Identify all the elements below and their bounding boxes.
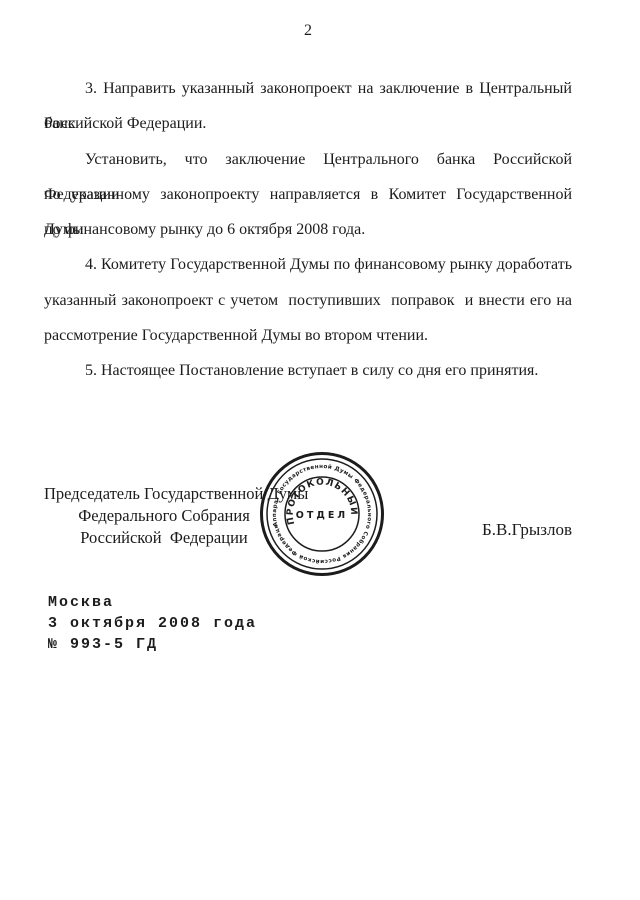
page-number: 2 [44, 22, 572, 40]
footer-date: 3 октября 2008 года [48, 613, 257, 634]
body-line: Российской Федерации. [44, 106, 572, 141]
body-line: по финансовому рынку до 6 октября 2008 г… [44, 212, 572, 247]
stamp-center-text: ОТДЕЛ [296, 510, 348, 521]
body-line: по указанному законопроекту направляется… [44, 177, 572, 212]
body-line: Установить, что заключение Центрального … [44, 142, 572, 177]
protocol-department-stamp-icon: Аппарат Государственной Думы Федеральног… [254, 446, 390, 582]
document-page: 2 3. Направить указанный законопроект на… [0, 0, 640, 900]
footer-block: Москва 3 октября 2008 года № 993-5 ГД [48, 592, 257, 655]
body-text: 3. Направить указанный законопроект на з… [44, 71, 572, 389]
signer-title-line: Председатель Государственной Думы [44, 483, 284, 505]
body-line: указанный законопроект с учетом поступив… [44, 283, 572, 318]
signature-block: Председатель Государственной Думы Федера… [44, 483, 284, 549]
signer-title-line: Российской Федерации [44, 527, 284, 549]
body-line: 4. Комитету Государственной Думы по фина… [44, 247, 572, 282]
footer-city: Москва [48, 592, 257, 613]
body-line: рассмотрение Государственной Думы во вто… [44, 318, 572, 353]
footer-doc-number: № 993-5 ГД [48, 634, 257, 655]
body-line: 3. Направить указанный законопроект на з… [44, 71, 572, 106]
signer-name: Б.В.Грызлов [482, 520, 572, 540]
body-line: 5. Настоящее Постановление вступает в си… [44, 353, 572, 388]
signer-title-line: Федерального Собрания [44, 505, 284, 527]
